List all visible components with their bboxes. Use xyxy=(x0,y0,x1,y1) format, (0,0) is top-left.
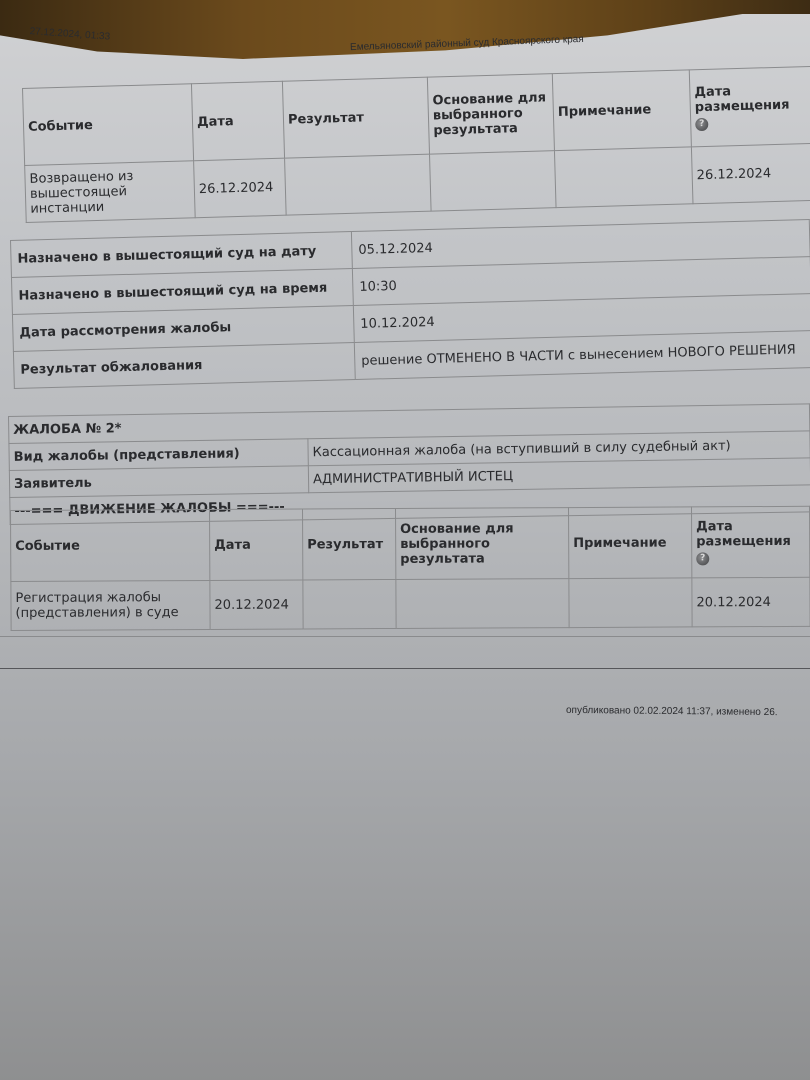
col-event: Событие xyxy=(11,509,210,581)
cell-note xyxy=(554,147,693,208)
col-posted-date: Дата размещения ? xyxy=(689,66,810,146)
label-appeal-result: Результат обжалования xyxy=(13,343,355,389)
complaint-movement-table: Событие Дата Результат Основание для выб… xyxy=(10,506,810,631)
col-result: Результат xyxy=(282,77,429,158)
cell-basis xyxy=(430,151,557,211)
col-event: Событие xyxy=(23,84,194,166)
case-movement-table-1: Событие Дата Результат Основание для выб… xyxy=(22,66,810,223)
col-note: Примечание xyxy=(552,70,691,151)
col-date: Дата xyxy=(191,81,284,161)
cell-result xyxy=(303,579,396,628)
cell-result xyxy=(285,154,432,215)
court-name: Емельяновский районный суд Красноярского… xyxy=(350,34,584,53)
table-row: Регистрация жалобы (представления) в суд… xyxy=(11,577,810,630)
cell-date: 20.12.2024 xyxy=(210,580,303,629)
col-note: Примечание xyxy=(568,507,691,579)
help-icon[interactable]: ? xyxy=(695,118,708,131)
published-note: опубликовано 02.02.2024 11:37, изменено … xyxy=(566,705,778,718)
cell-date: 26.12.2024 xyxy=(194,158,287,218)
document-sheet: 27.12.2024, 01:33 Емельяновский районный… xyxy=(0,0,810,1080)
col-posted-date: Дата размещения ? xyxy=(691,506,809,578)
table-header-row: Событие Дата Результат Основание для выб… xyxy=(11,506,810,581)
col-date: Дата xyxy=(209,509,302,580)
help-icon[interactable]: ? xyxy=(696,552,709,565)
section-divider xyxy=(0,636,810,637)
col-basis: Основание для выбранного результата xyxy=(427,74,554,154)
content-bottom-rule xyxy=(0,668,810,669)
col-posted-date-label: Дата размещения xyxy=(696,519,791,549)
appeal-info-table: Назначено в вышестоящий суд на дату 05.1… xyxy=(10,219,810,389)
cell-posted-date: 20.12.2024 xyxy=(692,577,810,627)
cell-posted-date: 26.12.2024 xyxy=(691,143,810,203)
cell-note xyxy=(569,578,692,628)
cell-event: Возвращено из вышестоящей инстанции xyxy=(25,161,196,223)
print-timestamp: 27.12.2024, 01:33 xyxy=(29,26,110,43)
col-result: Результат xyxy=(302,508,395,579)
cell-event: Регистрация жалобы (представления) в суд… xyxy=(11,580,210,630)
col-basis: Основание для выбранного результата xyxy=(395,508,568,580)
col-posted-date-label: Дата размещения xyxy=(694,84,790,115)
cell-basis xyxy=(396,579,569,629)
